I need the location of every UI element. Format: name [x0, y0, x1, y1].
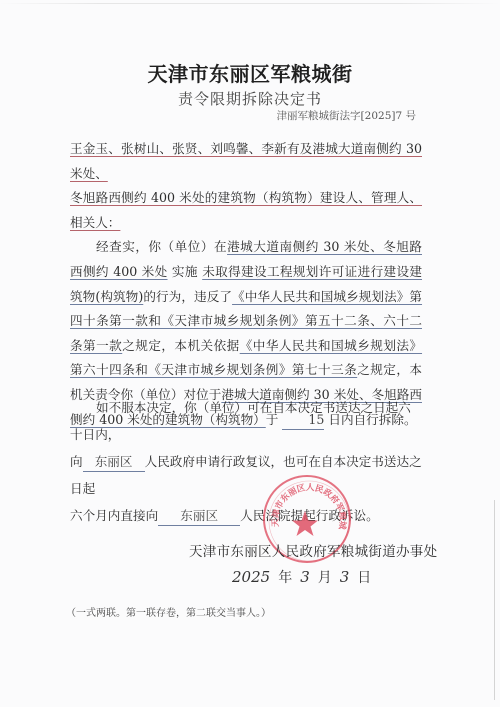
- appeal-text: 向: [70, 454, 83, 469]
- copies-footnote: （一式两联。第一联存卷，第二联交当事人。）: [66, 604, 271, 619]
- issuing-authority: 天津市东丽区人民政府军粮城街道办事处: [189, 540, 437, 560]
- issuer-header: 天津市东丽区军粮城街: [0, 58, 500, 87]
- appeal-text: 六个月内直接向: [70, 508, 158, 523]
- scan-edge-line: [494, 500, 495, 700]
- page-edge: [0, 3, 500, 4]
- review-government: 东丽区: [83, 453, 145, 472]
- findings-text: 之规定，本机关依据: [122, 338, 240, 353]
- date-month: 3: [300, 568, 310, 586]
- year-label: 年: [278, 570, 292, 586]
- findings-text: 经查实，你（单位）在: [96, 239, 227, 254]
- document-title: 责令限期拆除决定书: [0, 88, 500, 109]
- date-day: 3: [340, 568, 350, 586]
- appeal-line-2: 向东丽区人民政府申请行政复议，也可在自本决定书送达之日起: [70, 448, 422, 502]
- addressee-line-2: 冬旭路西侧约 400 米处的建筑物（构筑物）建设人、管理人、相关人：: [70, 190, 422, 230]
- month-label: 月: [318, 570, 332, 586]
- document-number: 津丽军粮城街法字[2025]7 号: [277, 108, 416, 123]
- appeal-notice: 如不服本决定，你（单位）可在自本决定书送达之日起六十日内， 向东丽区人民政府申请…: [70, 394, 422, 529]
- day-label: 日: [357, 570, 371, 586]
- litigation-court: 东丽区: [158, 507, 240, 526]
- appeal-line-1: 如不服本决定，你（单位）可在自本决定书送达之日起六十日内，: [70, 394, 422, 448]
- date-year: 2025: [232, 568, 270, 586]
- issue-date: 2025年3月3日: [232, 567, 371, 587]
- findings-text: 实施: [172, 264, 198, 279]
- addressee: 王金玉、张树山、张贤、刘鸣馨、李新有及港城大道南侧约 30 米处、 冬旭路西侧约…: [70, 137, 422, 235]
- addressee-line-1: 王金玉、张树山、张贤、刘鸣馨、李新有及港城大道南侧约 30 米处、: [70, 141, 422, 181]
- findings-text: 的行为，违反了: [143, 289, 232, 304]
- appeal-line-3: 六个月内直接向东丽区人民法院提起行政诉讼。: [70, 502, 422, 529]
- document-body: 王金玉、张树山、张贤、刘鸣馨、李新有及港城大道南侧约 30 米处、 冬旭路西侧约…: [70, 137, 422, 432]
